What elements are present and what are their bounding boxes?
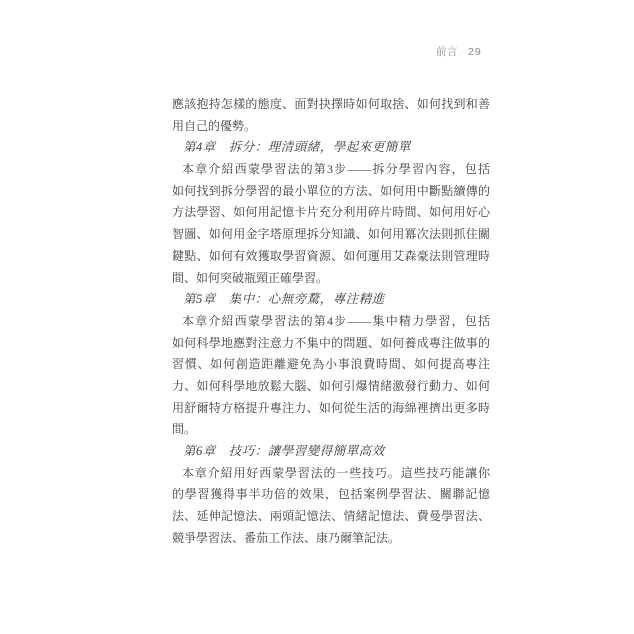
text-line: 的學習獲得事半功倍的效果，包括案例學習法、關聯記憶	[172, 484, 490, 506]
paragraph-chapter3-continued: 應該抱持怎樣的態度、面對抉擇時如何取捨、如何找到和善用自己的優勢。	[172, 94, 490, 137]
paragraph-chapter4-summary: 本章介紹西蒙學習法的第3步——拆分學習內容，包括如何找到拆分學習的最小單位的方法…	[172, 159, 490, 289]
text-line: 如何找到拆分學習的最小單位的方法、如何用中斷點續傳的	[172, 181, 490, 203]
text-line: 力、如何科學地放鬆大腦、如何引爆情緒激發行動力、如何	[172, 376, 490, 398]
chapter6-heading: 第6章 技巧：讓學習變得簡單高效	[172, 441, 490, 463]
chapter4-heading: 第4章 拆分：理清頭緒，學起來更簡單	[172, 137, 490, 159]
page-number: 29	[468, 46, 482, 58]
text-line: 用自己的優勢。	[172, 116, 490, 138]
running-header-section-title: 前言	[436, 46, 458, 58]
text-line: 習慣、如何創造距離避免為小事浪費時間、如何提高專注	[172, 354, 490, 376]
body-text-block: 應該抱持怎樣的態度、面對抉擇時如何取捨、如何找到和善用自己的優勢。第4章 拆分：…	[172, 94, 490, 549]
book-page: 前言29 應該抱持怎樣的態度、面對抉擇時如何取捨、如何找到和善用自己的優勢。第4…	[0, 0, 634, 634]
text-line: 間。	[172, 419, 490, 441]
text-line: 智圖、如何用金字塔原理拆分知識、如何用冪次法則抓住關	[172, 224, 490, 246]
text-line: 鍵點、如何有效獲取學習資源、如何運用艾森豪法則管理時	[172, 246, 490, 268]
text-line: 本章介紹用好西蒙學習法的一些技巧。這些技巧能讓你	[172, 463, 490, 485]
text-line: 本章介紹西蒙學習法的第3步——拆分學習內容，包括	[172, 159, 490, 181]
text-line: 本章介紹西蒙學習法的第4步——集中精力學習，包括	[172, 311, 490, 333]
chapter-heading-line: 第6章 技巧：讓學習變得簡單高效	[172, 441, 490, 463]
text-line: 法、延伸記憶法、兩頭記憶法、情緒記憶法、費曼學習法、	[172, 506, 490, 528]
paragraph-chapter6-summary: 本章介紹用好西蒙學習法的一些技巧。這些技巧能讓你的學習獲得事半功倍的效果，包括案…	[172, 463, 490, 550]
text-line: 間、如何突破瓶頸正確學習。	[172, 268, 490, 290]
text-line: 競爭學習法、番茄工作法、康乃爾筆記法。	[172, 528, 490, 550]
text-line: 如何科學地應對注意力不集中的問題、如何養成專注做事的	[172, 333, 490, 355]
text-line: 方法學習、如何用記憶卡片充分利用碎片時間、如何用好心	[172, 202, 490, 224]
chapter5-heading: 第5章 集中：心無旁騖，專注精進	[172, 289, 490, 311]
paragraph-chapter5-summary: 本章介紹西蒙學習法的第4步——集中精力學習，包括如何科學地應對注意力不集中的問題…	[172, 311, 490, 441]
text-line: 用舒爾特方格提升專注力、如何從生活的海綿裡擠出更多時	[172, 398, 490, 420]
running-header: 前言29	[436, 45, 482, 59]
text-line: 應該抱持怎樣的態度、面對抉擇時如何取捨、如何找到和善	[172, 94, 490, 116]
chapter-heading-line: 第4章 拆分：理清頭緒，學起來更簡單	[172, 137, 490, 159]
chapter-heading-line: 第5章 集中：心無旁騖，專注精進	[172, 289, 490, 311]
